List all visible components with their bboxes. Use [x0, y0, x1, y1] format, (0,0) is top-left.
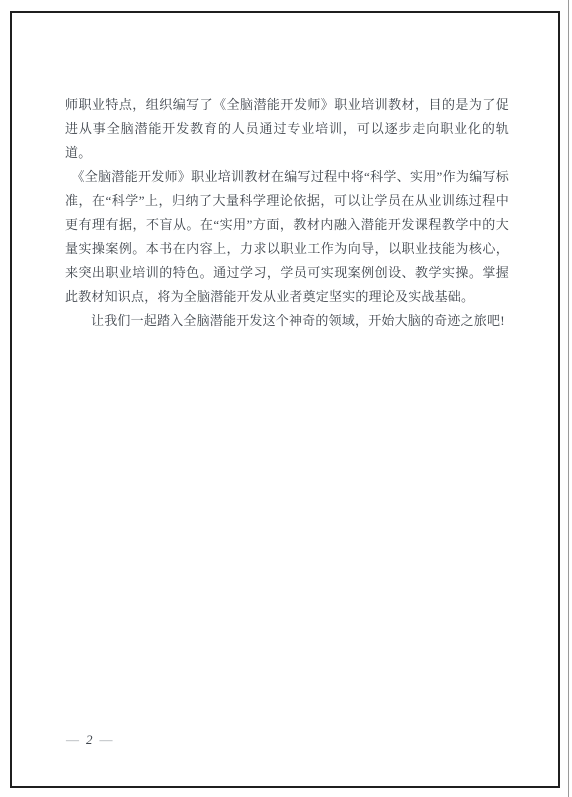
paragraph-closing: 让我们一起踏入全脑潜能开发这个神奇的领域，开始大脑的奇迹之旅吧! — [65, 309, 509, 333]
body-text: 师职业特点，组织编写了《全脑潜能开发师》职业培训教材，目的是为了促进从事全脑潜能… — [65, 93, 509, 333]
scan-edge-line — [568, 0, 569, 797]
paragraph-book-intro: 《全脑潜能开发师》职业培训教材在编写过程中将“科学、实用”作为编写标准，在“科学… — [65, 165, 509, 309]
page-frame: 师职业特点，组织编写了《全脑潜能开发师》职业培训教材，目的是为了促进从事全脑潜能… — [10, 11, 560, 788]
page-number-value: 2 — [86, 732, 93, 747]
paragraph-continuation: 师职业特点，组织编写了《全脑潜能开发师》职业培训教材，目的是为了促进从事全脑潜能… — [65, 93, 509, 165]
page-number-dash-right: — — [100, 732, 113, 747]
page-number-dash-left: — — [66, 732, 79, 747]
scanned-book-page: { "content": { "paragraphs": { "p1": "师职… — [0, 0, 572, 797]
page-number: —2— — [66, 732, 113, 748]
